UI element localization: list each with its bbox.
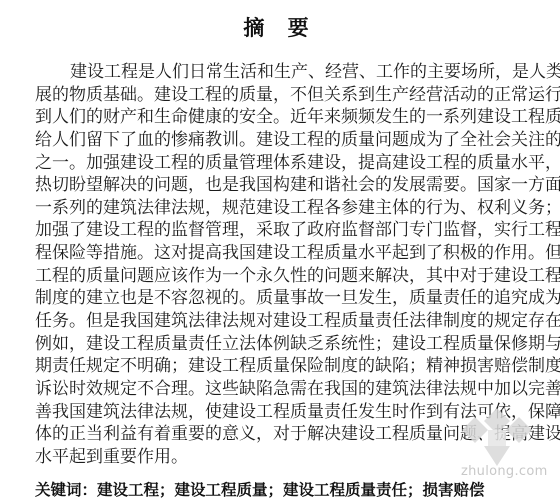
abstract-line: 期责任规定不明确；建设工程质量保险制度的缺陷；精神损害赔偿制度缺失以及 — [35, 355, 519, 378]
abstract-title: 摘 要 — [0, 12, 560, 42]
abstract-line: 程保险等措施。这对提高我国建设工程质量水平起到了积极的作用。但是，建设 — [35, 242, 519, 265]
keywords-line: 关键词：建设工程；建设工程质量；建设工程质量责任；损害赔偿 — [35, 478, 485, 499]
abstract-line: 诉讼时效规定不合理。这些缺陷急需在我国的建筑法律法规中加以完善。这对完 — [35, 378, 519, 401]
abstract-line: 工程的质量问题应该作为一个永久性的问题来解决，其中对于建设工程质量责任 — [35, 265, 519, 288]
zhulong-logo-icon — [462, 408, 532, 468]
abstract-line: 善我国建筑法律法规，使建设工程质量责任发生时作到有法可依，保障各参建主 — [35, 401, 519, 424]
watermark-text: zhulong.com — [461, 464, 548, 479]
abstract-body: 建设工程是人们日常生活和生产、经营、工作的主要场所，是人类生存和发 展的物质基础… — [35, 61, 519, 469]
abstract-line: 给人们留下了血的惨痛教训。建设工程的质量问题成为了全社会关注的热点问题 — [35, 129, 519, 152]
abstract-line: 体的正当利益有着重要的意义，对于解决建设工程质量问题、提高建设工程质量 — [35, 423, 519, 446]
abstract-line: 展的物质基础。建设工程的质量，不但关系到生产经营活动的正常运行，也关系 — [35, 84, 519, 107]
abstract-line: 任务。但是我国建筑法律法规对建设工程质量责任法律制度的规定存在许多缺陷。 — [35, 310, 519, 333]
abstract-line: 一系列的建筑法律法规，规范建设工程各参建主体的行为、权利义务；另一方面， — [35, 197, 519, 220]
abstract-line: 到人们的财产和生命健康的安全。近年来频频发生的一系列建设工程质量事故， — [35, 106, 519, 129]
abstract-line: 热切盼望解决的问题，也是我国构建和谐社会的发展需要。国家一方面相继颁布 — [35, 174, 519, 197]
abstract-line: 例如，建设工程质量责任立法体例缺乏系统性；建设工程质量保修期与损害赔偿 — [35, 333, 519, 356]
abstract-line: 建设工程是人们日常生活和生产、经营、工作的主要场所，是人类生存和发 — [35, 61, 519, 84]
abstract-line: 加强了建设工程的监督管理，采取了政府监督部门专门监督，实行工程担保和工 — [35, 219, 519, 242]
abstract-line: 水平起到重要作用。 — [35, 446, 519, 469]
abstract-line: 制度的建立也是不容忽视的。质量事故一旦发生，质量责任的追究成为了重要的 — [35, 287, 519, 310]
abstract-line: 之一。加强建设工程的质量管理体系建设，提高建设工程的质量水平，更是全民 — [35, 152, 519, 175]
